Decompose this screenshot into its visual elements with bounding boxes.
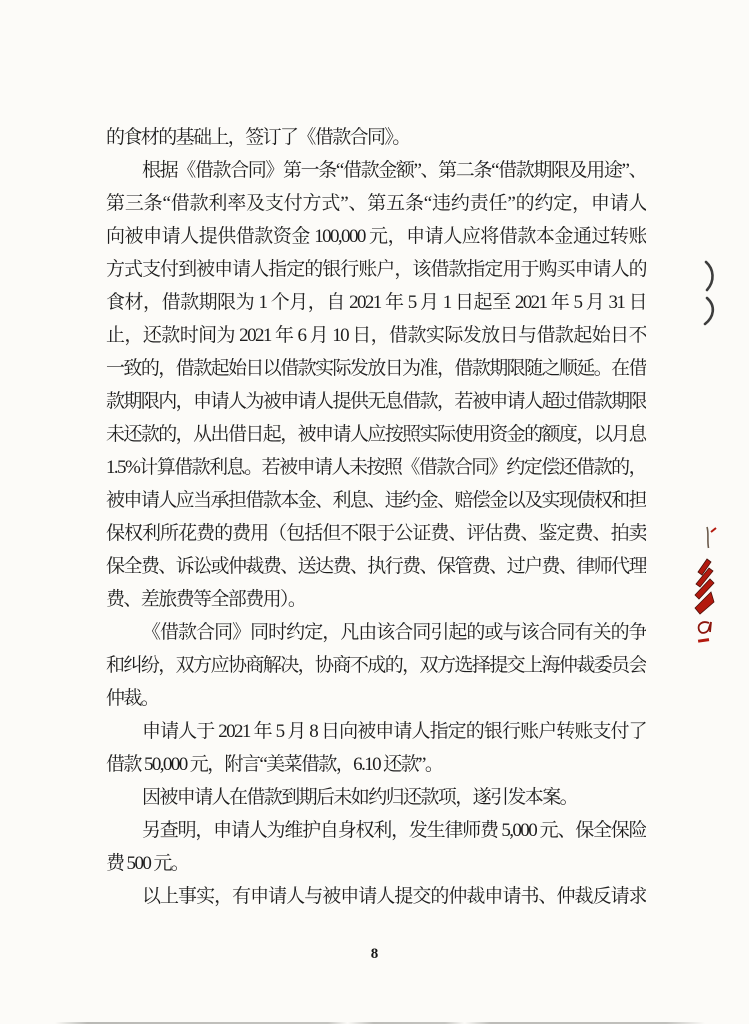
document-body-text: 的食材的基础上，签订了《借款合同》。 根据《借款合同》第一条“借款金额”、第二条… — [106, 121, 646, 913]
text-line: 《借款合同》同时约定，凡由该合同引起的或与该合同有关的争议 — [106, 616, 646, 649]
text-line: 止，还款时间为 2021 年 6 月 10 日，借款实际发放日与借款起始日不 — [106, 319, 646, 352]
text-line: 向被申请人提供借款资金 100,000 元，申请人应将借款本金通过转账 — [106, 220, 646, 253]
text-line: 另查明，申请人为维护自身权利，发生律师费 5,000 元、保全保险 — [106, 814, 646, 847]
text-line: 保全费、诉讼或仲裁费、送达费、执行费、保管费、过户费、律师代理 — [106, 550, 646, 583]
text-line: 保权利所花费的费用（包括但不限于公证费、评估费、鉴定费、拍卖费、 — [106, 517, 646, 550]
text-line: 费 500 元。 — [106, 847, 646, 880]
text-line: 的食材的基础上，签订了《借款合同》。 — [106, 121, 646, 154]
text-line: 和纠纷，双方应协商解决，协商不成的，双方选择提交上海仲裁委员会 — [106, 649, 646, 682]
text-line: 被申请人应当承担借款本金、利息、违约金、赔偿金以及实现债权和担 — [106, 484, 646, 517]
text-line: 借款 50,000 元，附言“美菜借款，6.10 还款”。 — [106, 748, 646, 781]
text-line: 以上事实，有申请人与被申请人提交的仲裁申请书、仲裁反请求申 — [106, 880, 646, 913]
text-line: 款期限内，申请人为被申请人提供无息借款，若被申请人超过借款期限 — [106, 385, 646, 418]
text-line: 费、差旅费等全部费用）。 — [106, 583, 646, 616]
red-seal-fragment-icon — [690, 526, 720, 650]
text-line: 未还款的，从出借日起，被申请人应按照实际使用资金的额度，以月息 — [106, 418, 646, 451]
page-number: 8 — [0, 946, 749, 963]
text-line: 根据《借款合同》第一条“借款金额”、第二条“借款期限及用途”、 — [106, 154, 646, 187]
scanned-document-page: 的食材的基础上，签订了《借款合同》。 根据《借款合同》第一条“借款金额”、第二条… — [0, 0, 749, 1024]
text-line: 方式支付到被申请人指定的银行账户，该借款指定用于购买申请人的 — [106, 253, 646, 286]
text-line: 仲裁。 — [106, 682, 646, 715]
text-line: 食材，借款期限为 1 个月，自 2021 年 5 月 1 日起至 2021 年 … — [106, 286, 646, 319]
text-line: 申请人于 2021 年 5 月 8 日向被申请人指定的银行账户转账支付了 — [106, 715, 646, 748]
text-line: 一致的，借款起始日以借款实际发放日为准，借款期限随之顺延。在借 — [106, 352, 646, 385]
text-line: 因被申请人在借款到期后未如约归还款项，遂引发本案。 — [106, 781, 646, 814]
text-line: 1.5%计算借款利息。若被申请人未按照《借款合同》约定偿还借款的， — [106, 451, 646, 484]
staple-binding-marks-icon — [702, 259, 720, 327]
text-line: 第三条“借款利率及支付方式”、第五条“违约责任”的约定，申请人 — [106, 187, 646, 220]
